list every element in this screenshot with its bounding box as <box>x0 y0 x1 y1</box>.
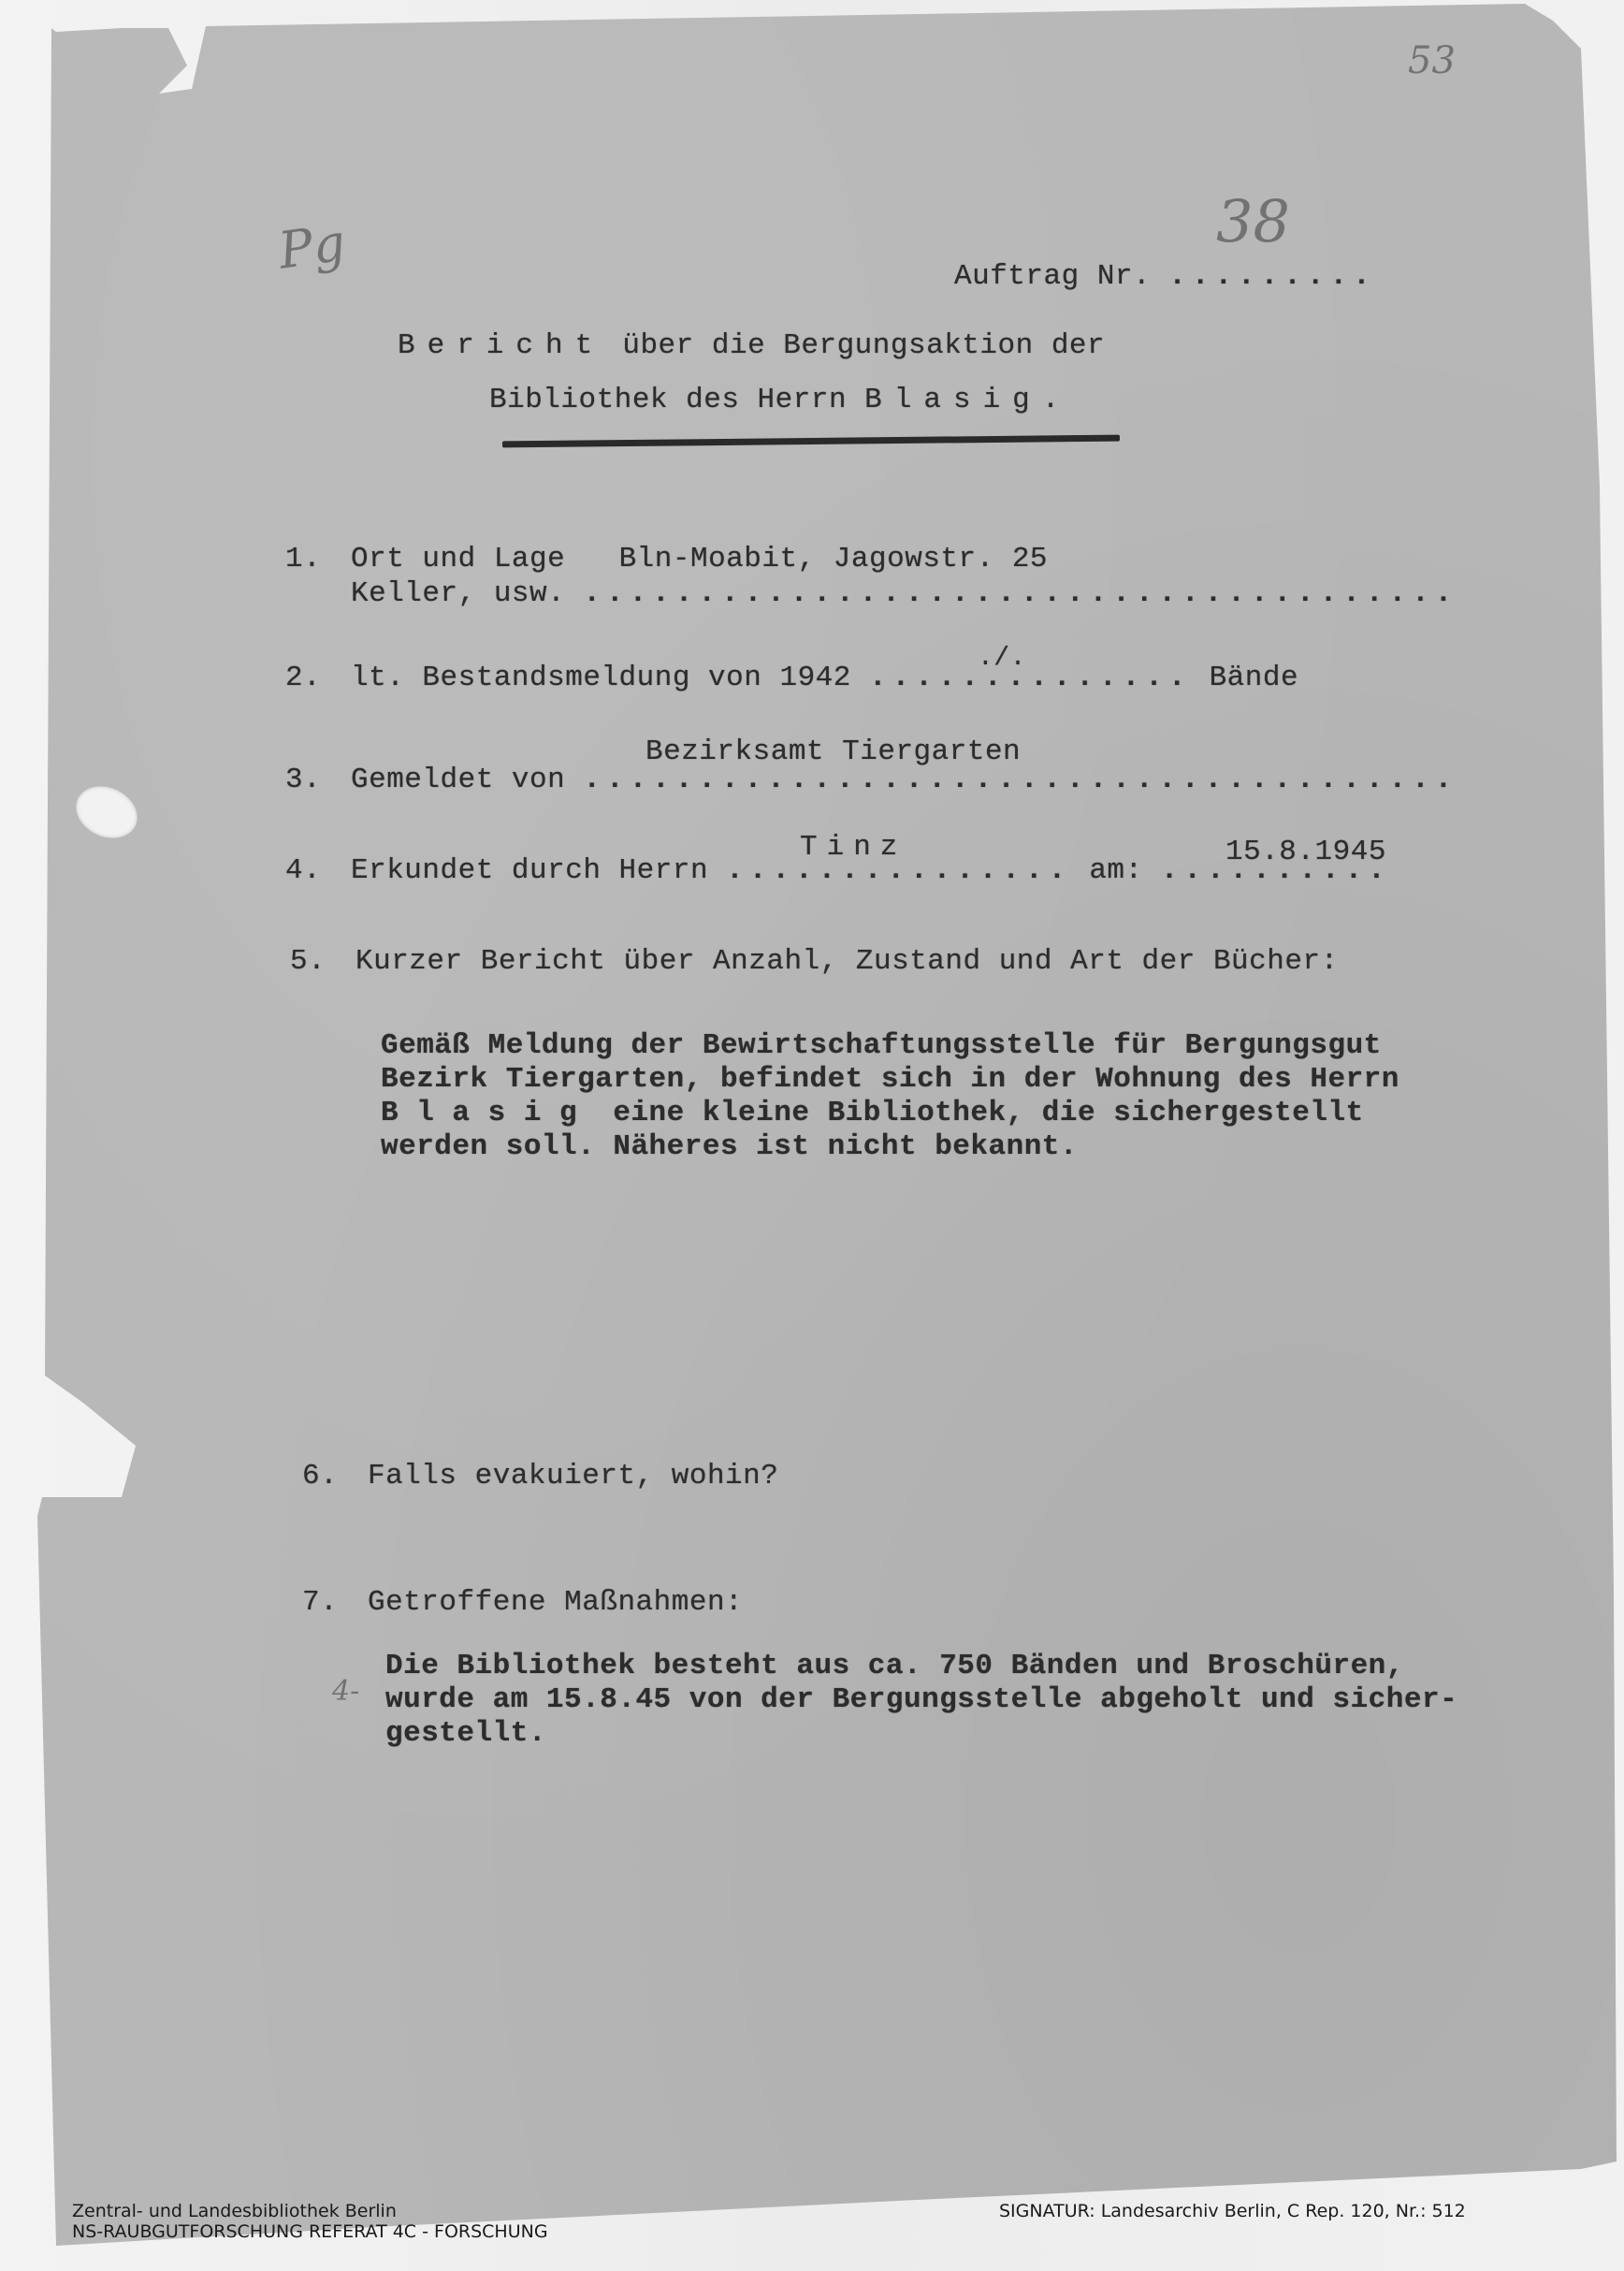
item-number: 2. <box>285 662 351 694</box>
item-3: 3.Gemeldet von .........................… <box>285 764 1457 796</box>
item-label: Erkundet durch Herrn <box>351 854 708 887</box>
footer-institution: Zentral- und Landesbibliothek Berlin <box>72 2201 548 2221</box>
folio-number-annotation: 38 <box>1216 187 1290 255</box>
body-line: B l a s i g eine kleine Bibliothek, die … <box>381 1097 1399 1130</box>
item-number: 5. <box>290 945 355 978</box>
title-spaced-word: Bericht <box>398 329 604 362</box>
item-unit: Bände <box>1210 662 1299 694</box>
body-line: wurde am 15.8.45 von der Bergungsstelle … <box>385 1683 1457 1717</box>
item-number: 7. <box>302 1586 368 1619</box>
item-leader: .............. <box>869 662 1191 694</box>
title-line-1: Bericht über die Bergungsaktion der <box>398 329 1105 362</box>
item-number: 3. <box>285 764 351 796</box>
item-4-date: 15.8.1945 <box>1225 836 1386 868</box>
item-label: Ort und Lage <box>351 543 565 575</box>
item-number: 4. <box>285 854 351 887</box>
body-line: Gemäß Meldung der Bewirtschaftungsstelle… <box>381 1029 1399 1063</box>
footer-department: NS-RAUBGUTFORSCHUNG REFERAT 4C - FORSCHU… <box>72 2221 548 2242</box>
title-name: Blasig. <box>864 384 1071 416</box>
item-leader: ...................................... <box>583 764 1457 796</box>
body-line: werden soll. Näheres ist nicht bekannt. <box>381 1130 1399 1164</box>
item-number: 1. <box>285 543 351 575</box>
item-2: 2.lt. Bestandsmeldung von 1942 .........… <box>285 662 1298 694</box>
item-label: lt. Bestandsmeldung von 1942 <box>351 662 851 694</box>
order-number-line: Auftrag Nr. ......... <box>954 260 1376 293</box>
page-number-annotation: 53 <box>1408 39 1456 82</box>
item-value: Bln-Moabit, Jagowstr. 25 <box>619 543 1048 575</box>
item-1-line-1: 1.Ort und Lage Bln-Moabit, Jagowstr. 25 <box>285 543 1048 575</box>
item-label: Gemeldet von <box>351 764 565 796</box>
item-6: 6.Falls evakuiert, wohin? <box>302 1460 778 1492</box>
item-number: 6. <box>302 1460 368 1492</box>
order-label: Auftrag Nr. <box>954 260 1151 293</box>
date-label: am: <box>1089 854 1142 887</box>
margin-mark: 4- <box>332 1675 359 1708</box>
item-2-value: ./. <box>978 644 1026 673</box>
item-7-body: Die Bibliothek besteht aus ca. 750 Bände… <box>385 1650 1457 1751</box>
footer-signature: SIGNATUR: Landesarchiv Berlin, C Rep. 12… <box>999 2201 1466 2221</box>
title-prefix: Bibliothek des Herrn <box>489 384 847 416</box>
title-rest: über die Bergungsaktion der <box>622 329 1105 362</box>
body-line: gestellt. <box>385 1717 1457 1751</box>
initials-annotation: Pg <box>275 212 349 280</box>
item-leader: ............... <box>726 854 1071 887</box>
item-label: Getroffene Maßnahmen: <box>368 1586 743 1619</box>
title-line-2: Bibliothek des Herrn Blasig. <box>489 384 1071 416</box>
body-line: Die Bibliothek besteht aus ca. 750 Bände… <box>385 1650 1457 1683</box>
body-line: Bezirk Tiergarten, befindet sich in der … <box>381 1063 1399 1097</box>
item-label: Falls evakuiert, wohin? <box>368 1460 778 1492</box>
order-value: ......... <box>1168 260 1375 293</box>
item-label-2: Keller, usw. <box>351 577 565 610</box>
item-1-line-2: Keller, usw. ...........................… <box>351 577 1457 610</box>
item-5-body: Gemäß Meldung der Bewirtschaftungsstelle… <box>381 1029 1399 1164</box>
footer-left: Zentral- und Landesbibliothek BerlinNS-R… <box>72 2201 548 2242</box>
item-leader: ...................................... <box>583 577 1457 610</box>
item-7: 7.Getroffene Maßnahmen: <box>302 1586 743 1619</box>
item-label: Kurzer Bericht über Anzahl, Zustand und … <box>355 945 1339 978</box>
item-5: 5.Kurzer Bericht über Anzahl, Zustand un… <box>290 945 1339 978</box>
